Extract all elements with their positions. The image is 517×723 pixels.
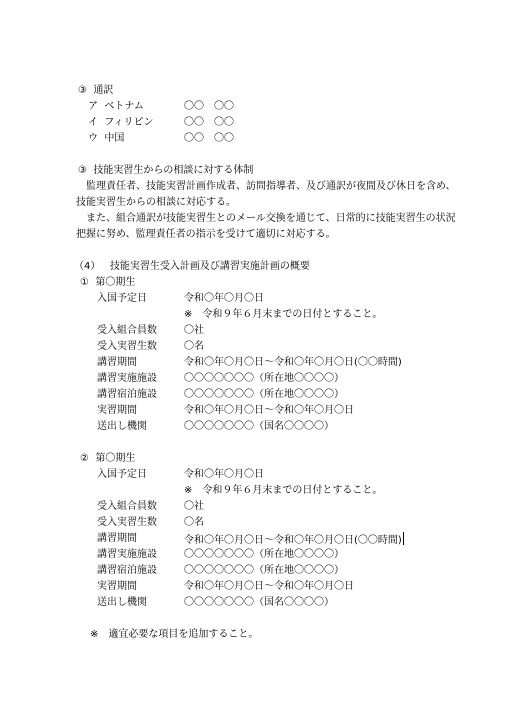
row-label: 講習期間	[97, 532, 137, 546]
interpreter-heading: ③ 通訳	[78, 84, 113, 98]
row-label: 実習期間	[97, 404, 137, 418]
interpreter-name: 〇〇 〇〇	[184, 100, 234, 114]
row-value: 〇〇〇〇〇〇〇（国名〇〇〇〇）	[184, 596, 334, 610]
interpreter-name: 〇〇 〇〇	[184, 116, 234, 130]
period-number: ①	[80, 277, 89, 288]
period-title: 第〇期生	[95, 277, 135, 288]
heading-number: ③	[78, 85, 87, 96]
row-label: 送出し機関	[97, 596, 147, 610]
period-title: 第〇期生	[95, 453, 135, 464]
row-language: ベトナム	[104, 101, 144, 112]
row-label: 受入組合員数	[97, 324, 157, 338]
paragraph-line: 把握に努め、監理責任者の指示を受けて適切に対応する。	[76, 228, 336, 242]
row-value: 〇〇〇〇〇〇〇（国名〇〇〇〇）	[184, 420, 334, 434]
period-heading: ② 第〇期生	[80, 452, 135, 466]
row-value: 令和〇年〇月〇日～令和〇年〇月〇日	[184, 580, 354, 594]
row-label: 講習宿泊施設	[97, 564, 157, 578]
row-value: 令和〇年〇月〇日	[184, 468, 264, 482]
row-value: 〇社	[184, 324, 204, 338]
text-cursor	[403, 532, 404, 545]
row-label: 講習期間	[97, 356, 137, 370]
row-value: 〇名	[184, 516, 204, 530]
row-mark: イ	[88, 117, 98, 128]
interpreter-row: ア ベトナム	[88, 100, 144, 114]
heading-text: 技能実習生からの相談に対する体制	[93, 165, 253, 176]
footer-note: ※ 適宜必要な項目を追加すること。	[90, 628, 258, 642]
row-label: 講習実施施設	[97, 372, 157, 386]
plan-heading: （4） 技能実習生受入計画及び講習実施計画の概要	[74, 260, 310, 274]
row-value: 令和〇年〇月〇日～令和〇年〇月〇日	[184, 404, 354, 418]
heading-number: ③	[78, 165, 87, 176]
row-value: 〇〇〇〇〇〇〇（所在地〇〇〇〇）	[184, 372, 344, 386]
row-language: 中国	[104, 133, 124, 144]
row-mark: ウ	[88, 133, 98, 144]
heading-text: 技能実習生受入計画及び講習実施計画の概要	[110, 261, 310, 272]
row-value: 令和〇年〇月〇日～令和〇年〇月〇日(〇〇時間)	[184, 535, 402, 546]
row-value: 令和〇年〇月〇日	[184, 292, 264, 306]
row-label: 入国予定日	[97, 468, 147, 482]
row-value-with-cursor[interactable]: 令和〇年〇月〇日～令和〇年〇月〇日(〇〇時間)	[184, 532, 404, 548]
row-label: 受入組合員数	[97, 500, 157, 514]
row-note: ※ 令和９年６月末までの日付とすること。	[184, 308, 382, 322]
row-note: ※ 令和９年６月末までの日付とすること。	[184, 484, 382, 498]
row-label: 講習宿泊施設	[97, 388, 157, 402]
row-value: 〇名	[184, 340, 204, 354]
interpreter-name: 〇〇 〇〇	[184, 132, 234, 146]
row-label: 講習実施施設	[97, 548, 157, 562]
paragraph-line: 技能実習生からの相談に対応する。	[76, 196, 236, 210]
consult-heading: ③ 技能実習生からの相談に対する体制	[78, 164, 253, 178]
row-label: 受入実習生数	[97, 516, 157, 530]
row-value: 〇〇〇〇〇〇〇（所在地〇〇〇〇）	[184, 388, 344, 402]
row-label: 送出し機関	[97, 420, 147, 434]
period-number: ②	[80, 453, 89, 464]
heading-text: 通訳	[93, 85, 113, 96]
heading-number: （4）	[74, 261, 100, 272]
row-label: 受入実習生数	[97, 340, 157, 354]
row-value: 〇〇〇〇〇〇〇（所在地〇〇〇〇）	[184, 548, 344, 562]
row-value: 令和〇年〇月〇日～令和〇年〇月〇日(〇〇時間)	[184, 356, 402, 370]
row-label: 実習期間	[97, 580, 137, 594]
row-mark: ア	[88, 101, 98, 112]
row-value: 〇社	[184, 500, 204, 514]
document-page: ③ 通訳 ア ベトナム 〇〇 〇〇 イ フィリピン 〇〇 〇〇 ウ 中国 〇〇 …	[0, 0, 517, 723]
period-heading: ① 第〇期生	[80, 276, 135, 290]
interpreter-row: ウ 中国	[88, 132, 124, 146]
row-label: 入国予定日	[97, 292, 147, 306]
row-language: フィリピン	[104, 117, 153, 128]
paragraph-line: 監理責任者、技能実習計画作成者、訪問指導者、及び通訳が夜間及び休日を含め、	[86, 180, 456, 194]
paragraph-line: また、組合通訳が技能実習生とのメール交換を通じて、日常的に技能実習生の状況	[86, 212, 456, 226]
row-value: 〇〇〇〇〇〇〇（所在地〇〇〇〇）	[184, 564, 344, 578]
interpreter-row: イ フィリピン	[88, 116, 154, 130]
